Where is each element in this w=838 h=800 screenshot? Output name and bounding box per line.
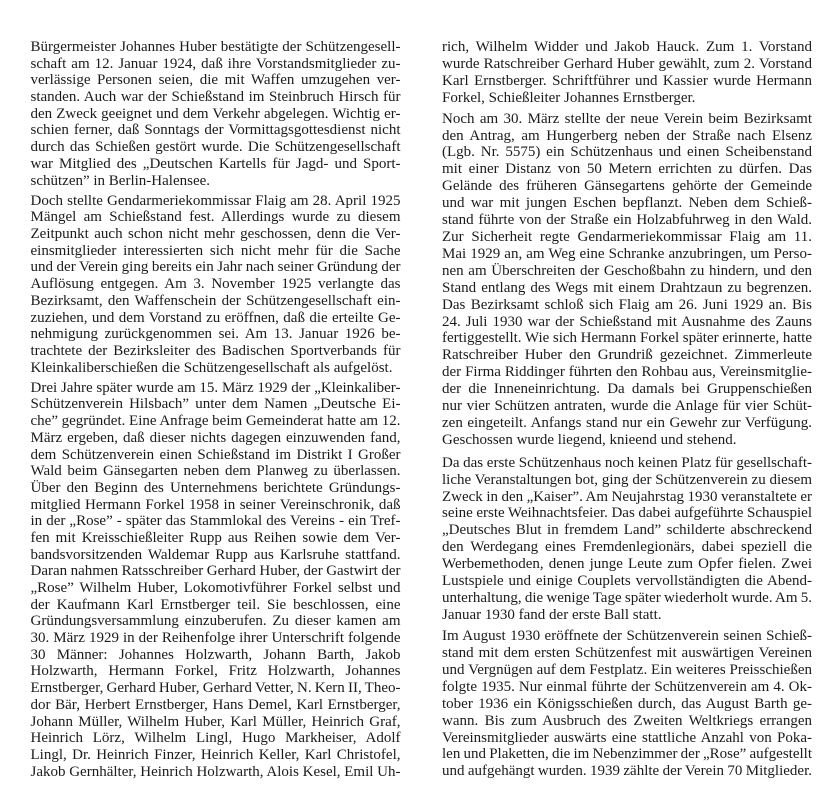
text-line: Doch stellte Gendarmeriekommissar Flaig … xyxy=(31,193,401,210)
text-line: Johann Müller, Wilhelm Huber, Karl Mülle… xyxy=(31,714,401,731)
text-line: che” gegründet. Eine Anfrage beim Gemein… xyxy=(31,413,401,430)
text-line: seine erste Weihnachtsfeier. Das dabei a… xyxy=(442,505,812,522)
text-line: Drei Jahre später wurde am 15. März 1929… xyxy=(31,380,401,397)
text-line: dor Bär, Herbert Ernstberger, Hans Demel… xyxy=(31,697,401,714)
paragraph: rich, Wilhelm Widder und Jakob Hauck. Zu… xyxy=(442,39,812,107)
text-line: 24. Juli 1930 war der Schießstand mit Au… xyxy=(442,314,812,331)
text-line: Zur Sicherheit regte Gendarmeriekommissa… xyxy=(442,229,812,246)
text-line: den Zweck geeignet und dem Verkehr abgel… xyxy=(31,106,401,123)
text-line: Lingl, Dr. Heinrich Finzer, Heinrich Kel… xyxy=(31,747,401,764)
text-line: schützen” in Berlin-Halensee. xyxy=(31,173,401,190)
text-line: Gelände des früheren Gänsegartens gehört… xyxy=(442,178,812,195)
text-line: der Firma Riddinger führten den Rohbau a… xyxy=(442,364,812,381)
text-line: zen eingeteilt. Anfangs stand nur ein Ge… xyxy=(442,415,812,432)
text-line: Karl Ernstberger. Schriftführer und Kass… xyxy=(442,73,812,90)
paragraph: Da das erste Schützenhaus noch keinen Pl… xyxy=(442,455,812,624)
text-line: Januar 1930 fand der erste Ball statt. xyxy=(442,607,812,624)
text-line: und war mit jungen Eschen bepflanzt. Neb… xyxy=(442,195,812,212)
text-line: Geschossen wurde liegend, knieend und st… xyxy=(442,432,812,449)
paragraph: Im August 1930 eröffnete der Schützenver… xyxy=(442,628,812,780)
text-line: Forkel, Schießleiter Johannes Ernstberge… xyxy=(442,90,812,107)
text-line: Mai 1929 an, am Weg eine Schranke anzubr… xyxy=(442,246,812,263)
text-line: Lustspiele und einige Couplets vervollst… xyxy=(442,573,812,590)
text-line: Über den Beginn des Unternehmens bericht… xyxy=(31,480,401,497)
text-line: fen mit Kreisschießleiter Rupp aus Reihe… xyxy=(31,530,401,547)
text-line: standen. Auch war der Schießstand im Ste… xyxy=(31,89,401,106)
text-line: 30. März 1929 in der Reihenfolge ihrer U… xyxy=(31,630,401,647)
text-line: Heinrich Lörz, Wilhelm Lingl, Hugo Markh… xyxy=(31,730,401,747)
text-line: verlässige Personen seien, die mit Waffe… xyxy=(31,72,401,89)
text-line: nen am Überschreiten der Geschoßbahn zu … xyxy=(442,263,812,280)
paragraph: Doch stellte Gendarmeriekommissar Flaig … xyxy=(31,193,401,377)
text-line: Ratschreiber Huber den Grundriß gezeichn… xyxy=(442,347,812,364)
text-line: folgte 1935. Nur einmal führte der Schüt… xyxy=(442,679,812,696)
text-line: war Mitglied des „Deutschen Kartells für… xyxy=(31,156,401,173)
paragraph: Drei Jahre später wurde am 15. März 1929… xyxy=(31,380,401,781)
text-line: Das Bezirksamt schloß sich Flaig am 26. … xyxy=(442,297,812,314)
text-line: (Lgb. Nr. 5575) ein Schützenhaus und ein… xyxy=(442,144,812,161)
text-line: März ergeben, daß dieser nichts dagegen … xyxy=(31,430,401,447)
right-column: rich, Wilhelm Widder und Jakob Hauck. Zu… xyxy=(442,39,812,780)
text-line: stand mit dem ersten Schützenfest mit au… xyxy=(442,645,812,662)
text-line: unterhaltung, die wenige Tage später wie… xyxy=(442,590,812,607)
text-line: Kleinkaliberschießen die Schützengesells… xyxy=(31,360,401,377)
text-line: nehmigung zurückgenommen sei. Am 13. Jan… xyxy=(31,326,401,343)
text-line: Ernstberger, Gerhard Huber, Gerhard Vett… xyxy=(31,680,401,697)
text-line: Daran nahmen Ratsschreiber Gerhard Huber… xyxy=(31,563,401,580)
text-line: stand führte von der Straße ein Holzabfu… xyxy=(442,212,812,229)
text-line: Bezirksamt, den Waffenschein der Schütze… xyxy=(31,293,401,310)
text-line: Auflösung entgegen. Am 3. November 1925 … xyxy=(31,276,401,293)
text-line: und Vergnügen auf dem Festplatz. Ein wei… xyxy=(442,662,812,679)
text-line: Schützenverein Hilsbach” unter dem Namen… xyxy=(31,396,401,413)
text-line: Im August 1930 eröffnete der Schützenver… xyxy=(442,628,812,645)
paragraph: Noch am 30. März stellte der neue Verein… xyxy=(442,111,812,449)
text-line: der die Inneneinrichtung. Da damals bei … xyxy=(442,381,812,398)
text-line: Bürgermeister Johannes Huber bestätigte … xyxy=(31,39,401,56)
text-line: Werbemethoden, denen junge Leute zum Opf… xyxy=(442,556,812,573)
text-line: trachtete der Bezirksleiter des Badische… xyxy=(31,343,401,360)
text-line: tober 1936 ein Königsschießen durch, das… xyxy=(442,696,812,713)
text-line: Stand entlang des Wegs mit einem Drahtza… xyxy=(442,280,812,297)
text-line: Holzwarth, Hermann Forkel, Fritz Holzwar… xyxy=(31,663,401,680)
text-line: zuziehen, und dem Vorstand zu eröffnen, … xyxy=(31,310,401,327)
text-line: liche Veranstaltungen bot, ging der Schü… xyxy=(442,472,812,489)
text-line: Zeitpunkt auch schon nicht mehr geschoss… xyxy=(31,226,401,243)
text-line: Jakob Gernhälter, Heinrich Holzwarth, Al… xyxy=(31,764,401,781)
text-line: den Werdegang eines Fremdenlegionärs, da… xyxy=(442,539,812,556)
text-line: „Deutsches Blut in fremdem Land” schilde… xyxy=(442,522,812,539)
text-line: nur vier Schützen antraten, wurde die An… xyxy=(442,398,812,415)
text-line: „Rose” Wilhelm Huber, Lokomotivführer Fo… xyxy=(31,580,401,597)
text-line: einsmitglieder interessierten sich nicht… xyxy=(31,243,401,260)
left-column: Bürgermeister Johannes Huber bestätigte … xyxy=(31,39,401,780)
text-line: rich, Wilhelm Widder und Jakob Hauck. Zu… xyxy=(442,39,812,56)
text-line: Wald beim Gänsegarten neben dem Planweg … xyxy=(31,463,401,480)
text-line: und der Verein ging bereits ein Jahr nac… xyxy=(31,259,401,276)
text-line: wurde Ratschreiber Gerhard Huber gewählt… xyxy=(442,56,812,73)
paragraph: Bürgermeister Johannes Huber bestätigte … xyxy=(31,39,401,189)
text-line: den Antrag, am Hungerberg neben der Stra… xyxy=(442,128,812,145)
text-line: bandsvorsitzenden Waldemar Rupp aus Karl… xyxy=(31,547,401,564)
text-line: Noch am 30. März stellte der neue Verein… xyxy=(442,111,812,128)
text-line: Vereinsmitglieder auswärts eine stattlic… xyxy=(442,730,812,747)
text-line: Zweck in den „Kaiser”. Am Neujahrstag 19… xyxy=(442,489,812,506)
text-line: fertiggestellt. Wie sich Hermann Forkel … xyxy=(442,330,812,347)
text-line: mitglied Hermann Forkel 1958 in seiner V… xyxy=(31,497,401,514)
text-line: Gründungsversammlung einzuberufen. Zu di… xyxy=(31,613,401,630)
text-line: durch das Schießen gestört wurde. Die Sc… xyxy=(31,139,401,156)
text-line: und aufgehängt wurden. 1939 zählte der V… xyxy=(442,763,812,780)
text-line: der Kaufmann Karl Ernstberger teil. Sie … xyxy=(31,597,401,614)
text-line: Da das erste Schützenhaus noch keinen Pl… xyxy=(442,455,812,472)
text-line: mit einer Distanz von 50 Metern errichte… xyxy=(442,161,812,178)
text-line: schaft am 12. Januar 1924, daß ihre Vors… xyxy=(31,56,401,73)
text-line: 30 Männer: Johannes Holzwarth, Johann Ba… xyxy=(31,647,401,664)
text-line: wann. Bis zum Ausbruch des Zweiten Weltk… xyxy=(442,713,812,730)
text-line: in der „Rose” - später das Stammlokal de… xyxy=(31,513,401,530)
text-line: Mängel am Schießstand fest. Allerdings w… xyxy=(31,209,401,226)
text-line: len und Plaketten, die im Nebenzimmer de… xyxy=(442,746,812,763)
text-line: dem Schützenverein einen Schießstand im … xyxy=(31,447,401,464)
text-line: schien ferner, daß Sonntags der Vormitta… xyxy=(31,122,401,139)
